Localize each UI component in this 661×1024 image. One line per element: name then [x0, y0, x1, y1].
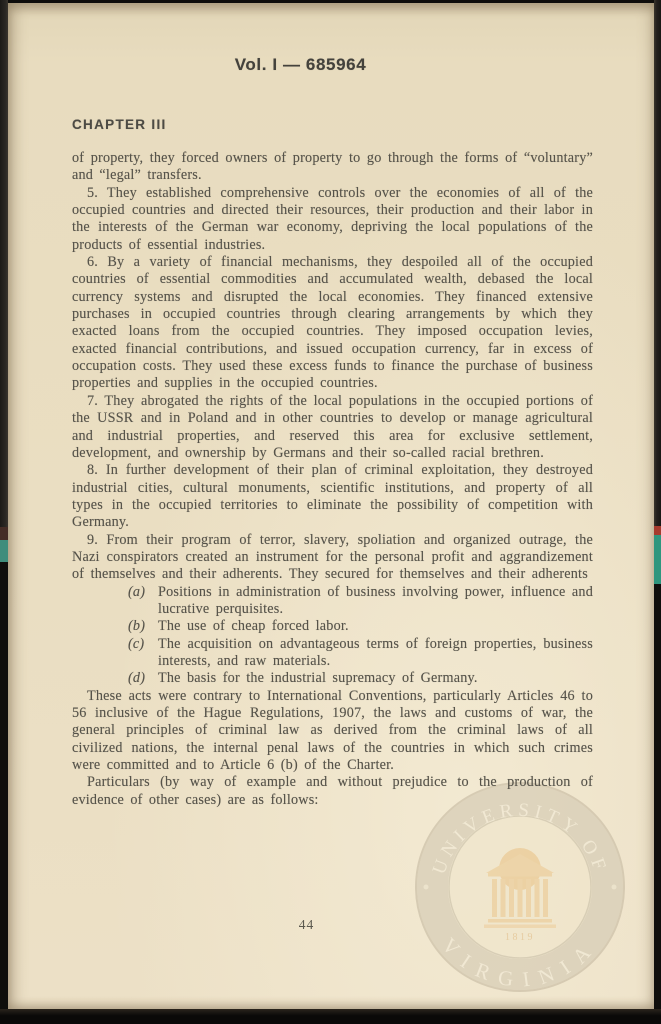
list-item-text: The acquisition on advantageous terms of…	[158, 636, 593, 671]
list-item-label: (b)	[128, 618, 158, 635]
paragraph-8: 8. In further development of their plan …	[72, 462, 593, 531]
list-item-text: The basis for the industrial supremacy o…	[158, 670, 593, 687]
list-item-text: Positions in administration of business …	[158, 584, 593, 619]
list-item-text: The use of cheap forced labor.	[158, 618, 593, 635]
paragraph-these-acts: These acts were contrary to Internationa…	[72, 688, 593, 775]
bottom-scan-bar	[0, 1009, 661, 1024]
paragraph-5: 5. They established comprehensive contro…	[72, 185, 593, 254]
seal-separator-dot	[424, 885, 429, 890]
paragraph-6: 6. By a variety of financial mechanisms,…	[72, 254, 593, 393]
lettered-list: (a) Positions in administration of busin…	[128, 584, 593, 688]
chapter-heading: CHAPTER III	[72, 117, 167, 132]
binding-mark-maroon	[0, 527, 8, 540]
binding-mark-teal-left	[0, 540, 8, 562]
scanned-book-page: UNIVERSITY OF VIRGINIA	[0, 0, 661, 1024]
page-number: 44	[8, 917, 655, 933]
list-item-c: (c) The acquisition on advantageous term…	[128, 636, 593, 671]
paragraph-7: 7. They abrogated the rights of the loca…	[72, 393, 593, 462]
list-item-a: (a) Positions in administration of busin…	[128, 584, 593, 619]
seal-year: 1819	[505, 932, 535, 943]
paper-sheet: UNIVERSITY OF VIRGINIA	[8, 3, 655, 1009]
seal-separator-dot	[612, 885, 617, 890]
list-item-label: (c)	[128, 636, 158, 671]
volume-header: Vol. I — 685964	[8, 55, 655, 75]
binding-mark-teal-right	[654, 535, 661, 584]
paragraph-9: 9. From their program of terror, slavery…	[72, 532, 593, 584]
body-text: of property, they forced owners of prope…	[72, 150, 593, 809]
binding-edge-right-lower	[654, 584, 661, 1024]
paragraph-particulars: Particulars (by way of example and witho…	[72, 774, 593, 809]
list-item-b: (b) The use of cheap forced labor.	[128, 618, 593, 635]
list-item-d: (d) The basis for the industrial suprema…	[128, 670, 593, 687]
paragraph-continuation: of property, they forced owners of prope…	[72, 150, 593, 185]
binding-mark-red	[654, 526, 661, 535]
list-item-label: (d)	[128, 670, 158, 687]
binding-edge-left-lower	[0, 562, 8, 1024]
list-item-label: (a)	[128, 584, 158, 619]
